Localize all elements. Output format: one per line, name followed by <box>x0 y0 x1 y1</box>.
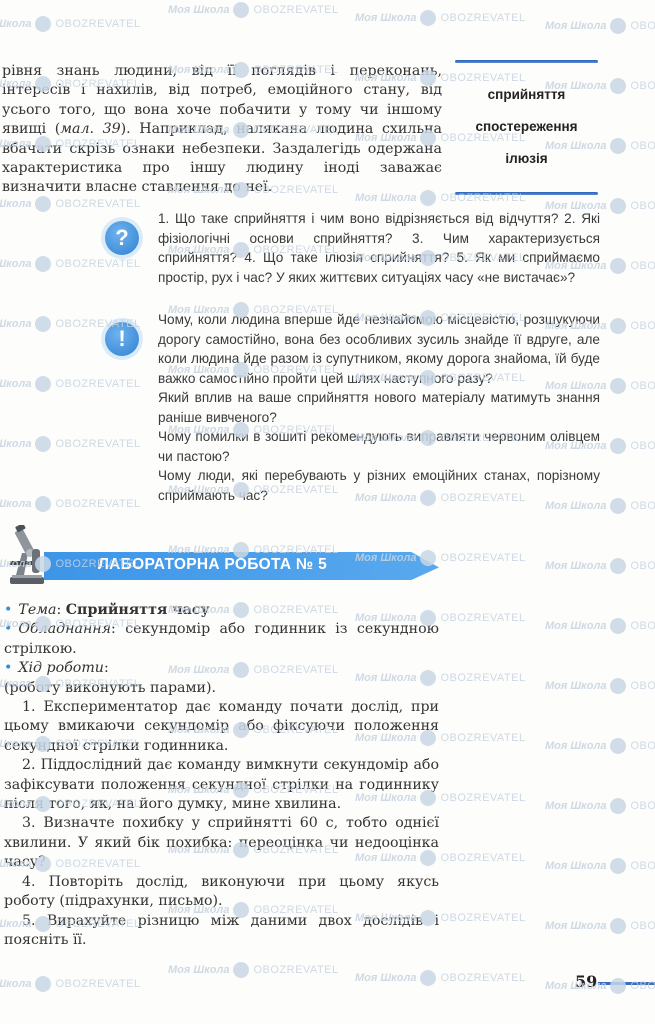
watermark-logo-icon <box>35 316 51 332</box>
page-number: 59 <box>575 972 597 991</box>
key-term: ілюзія <box>455 151 598 166</box>
watermark: Моя ШколаOBOZREVATEL <box>0 436 141 452</box>
lab-body: Тема: Сприйняття часу Обладнання: секунд… <box>4 601 439 950</box>
watermark: Моя ШколаOBOZREVATEL <box>168 962 339 978</box>
watermark-logo-icon <box>610 738 626 754</box>
topic-value: Сприйняття часу <box>66 602 210 618</box>
watermark: Моя ШколаOBOZREVATEL <box>545 978 655 994</box>
watermark: Моя ШколаOBOZREVATEL <box>545 618 655 634</box>
watermark-logo-icon <box>610 258 626 274</box>
exclamation-mark-icon: ! <box>105 322 139 356</box>
key-terms-box: сприйняття спостереження ілюзія <box>455 60 598 195</box>
watermark-logo-icon <box>610 138 626 154</box>
watermark: Моя ШколаOBOZREVATEL <box>0 496 141 512</box>
watermark: Моя ШколаOBOZREVATEL <box>545 738 655 754</box>
lab-step: 5. Вирахуйте різницю між даними двох дос… <box>4 912 439 951</box>
lab-step: 1. Експериментатор дає команду почати до… <box>4 698 439 756</box>
key-term: сприйняття <box>455 87 598 102</box>
watermark: Моя ШколаOBOZREVATEL <box>0 976 141 992</box>
watermark-logo-icon <box>610 558 626 574</box>
watermark-logo-icon <box>610 678 626 694</box>
watermark: Моя ШколаOBOZREVATEL <box>355 10 526 26</box>
lab-procedure: Хід роботи: <box>4 659 439 678</box>
watermark: Моя ШколаOBOZREVATEL <box>545 858 655 874</box>
terms-bottom-rule <box>455 192 598 195</box>
watermark: Моя ШколаOBOZREVATEL <box>0 16 141 32</box>
watermark-logo-icon <box>610 378 626 394</box>
procedure-label: Хід роботи <box>18 660 104 676</box>
page-number-rule <box>598 982 655 985</box>
watermark-logo-icon <box>610 978 626 994</box>
watermark-logo-icon <box>610 618 626 634</box>
watermark: Моя ШколаOBOZREVATEL <box>0 196 141 212</box>
watermark-logo-icon <box>35 976 51 992</box>
lab-step: 2. Піддослідний дає команду вимкнути сек… <box>4 756 439 814</box>
watermark: Моя ШколаOBOZREVATEL <box>545 558 655 574</box>
watermark-logo-icon <box>420 970 436 986</box>
review-questions: 1. Що таке сприйняття і чим воно відрізн… <box>158 209 600 287</box>
procedure-note: (роботу виконують парами). <box>4 679 439 698</box>
topic-label: Тема <box>18 602 56 618</box>
watermark-logo-icon <box>610 438 626 454</box>
watermark: Моя ШколаOBOZREVATEL <box>355 970 526 986</box>
watermark-logo-icon <box>610 198 626 214</box>
lab-equipment: Обладнання: секундомір або годинник із с… <box>4 620 439 659</box>
microscope-icon <box>2 525 48 585</box>
watermark-logo-icon <box>610 78 626 94</box>
watermark-logo-icon <box>233 962 249 978</box>
watermark-logo-icon <box>35 16 51 32</box>
watermark: Моя ШколаOBOZREVATEL <box>0 256 141 272</box>
watermark-logo-icon <box>610 498 626 514</box>
think-question: Який вплив на ваше сприйняття нового мат… <box>158 388 600 427</box>
watermark: Моя ШколаOBOZREVATEL <box>545 918 655 934</box>
review-questions-text: 1. Що таке сприйняття і чим воно відрізн… <box>158 209 600 287</box>
question-mark-icon: ? <box>105 221 139 255</box>
intro-paragraph: рівня знань людини, від її поглядів і пе… <box>2 62 442 198</box>
think-question: Чому помилки в зошиті рекомендують випра… <box>158 427 600 466</box>
watermark-logo-icon <box>610 318 626 334</box>
watermark-logo-icon <box>35 496 51 512</box>
watermark: Моя ШколаOBOZREVATEL <box>545 798 655 814</box>
lab-step: 3. Визначте похибку у сприйнятті 60 с, т… <box>4 814 439 872</box>
equipment-label: Обладнання <box>18 621 111 637</box>
watermark: Моя ШколаOBOZREVATEL <box>545 18 655 34</box>
lab-title: ЛАБОРАТОРНА РОБОТА № 5 <box>98 556 327 574</box>
watermark-logo-icon <box>35 376 51 392</box>
watermark-logo-icon <box>35 256 51 272</box>
think-question: Чому, коли людина вперше йде незнайомою … <box>158 310 600 388</box>
watermark: Моя ШколаOBOZREVATEL <box>0 376 141 392</box>
watermark-logo-icon <box>233 2 249 18</box>
watermark-logo-icon <box>35 436 51 452</box>
think-question: Чому люди, які перебувають у різних емоц… <box>158 466 600 505</box>
watermark-logo-icon <box>35 196 51 212</box>
think-questions: Чому, коли людина вперше йде незнайомою … <box>158 310 600 505</box>
key-term: спостереження <box>455 119 598 134</box>
lab-banner: ЛАБОРАТОРНА РОБОТА № 5 <box>0 525 450 585</box>
lab-step: 4. Повторіть дослід, виконуючи при цьому… <box>4 873 439 912</box>
lab-topic: Тема: Сприйняття часу <box>4 601 439 620</box>
figure-reference: мал. 39 <box>60 121 120 137</box>
terms-top-rule <box>455 60 598 63</box>
watermark-logo-icon <box>420 10 436 26</box>
watermark-logo-icon <box>610 858 626 874</box>
watermark: Моя ШколаOBOZREVATEL <box>168 2 339 18</box>
watermark-logo-icon <box>610 18 626 34</box>
watermark-logo-icon <box>610 918 626 934</box>
watermark: Моя ШколаOBOZREVATEL <box>545 678 655 694</box>
watermark-logo-icon <box>610 798 626 814</box>
